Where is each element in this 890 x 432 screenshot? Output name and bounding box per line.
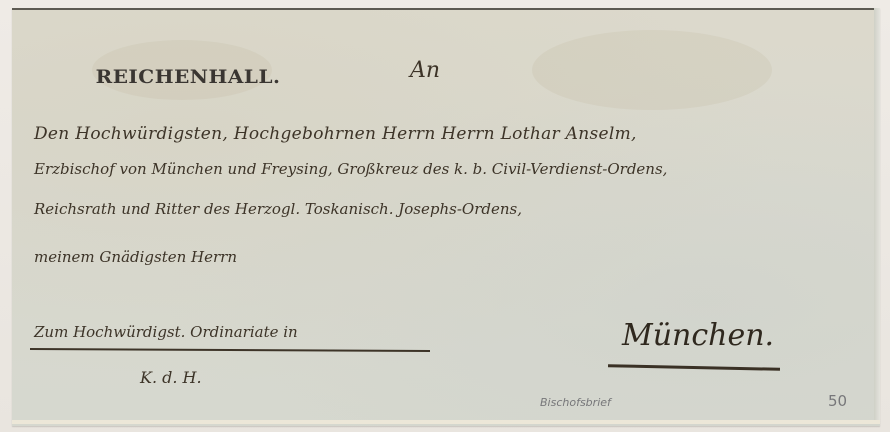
destination-city: München. xyxy=(622,318,774,353)
pencil-annotation: Bischofsbrief xyxy=(540,396,611,409)
salutation-prefix: An xyxy=(410,58,440,83)
abbreviation-note: K. d. H. xyxy=(140,368,202,387)
pencil-price: 50 xyxy=(828,392,847,410)
address-line-4: meinem Gnädigsten Herrn xyxy=(34,248,237,266)
letter-bottom-edge xyxy=(12,420,880,424)
address-line-3: Reichsrath und Ritter des Herzogl. Toska… xyxy=(34,200,522,218)
letter-fold-edge xyxy=(874,8,880,424)
paper-stain xyxy=(532,30,772,110)
address-line-2: Erzbischof von München und Freysing, Gro… xyxy=(34,160,667,178)
delivery-note: Zum Hochwürdigst. Ordinariate in xyxy=(34,323,298,341)
postmark-stamp: REICHENHALL. xyxy=(96,66,281,88)
address-line-1: Den Hochwürdigsten, Hochgebohrnen Herrn … xyxy=(34,124,637,144)
